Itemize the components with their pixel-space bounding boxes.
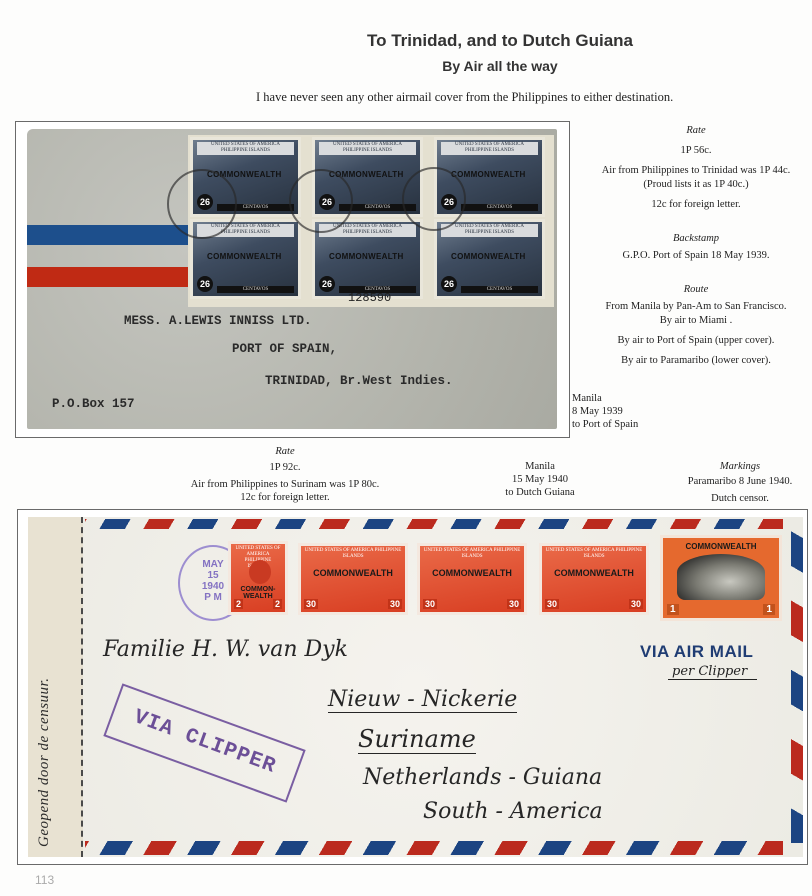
- lower-cover-envelope: Geopend door de censuur. MAY 15 1940 P M…: [28, 517, 803, 857]
- upper-cover-caption: Manila 8 May 1939 to Port of Spain: [572, 392, 638, 431]
- airmail-border-top: [85, 519, 783, 529]
- upper-cover-envelope: UNITED STATES OF AMERICAPHILIPPINE ISLAN…: [27, 129, 557, 429]
- manila-postmark: [402, 167, 466, 231]
- lower-rate-notes: Rate 1P 92c. Air from Philippines to Sur…: [180, 445, 390, 504]
- backstamp-line: G.P.O. Port of Spain 18 May 1939.: [580, 249, 812, 263]
- stamp-26c: UNITED STATES OF AMERICAPHILIPPINE ISLAN…: [434, 219, 545, 299]
- markings-line: Paramaribo 8 June 1940.: [670, 475, 810, 488]
- lower-cover-frame: Geopend door de censuur. MAY 15 1940 P M…: [17, 509, 808, 865]
- upper-cover-frame: UNITED STATES OF AMERICAPHILIPPINE ISLAN…: [15, 121, 570, 438]
- rate-line: Air from Philippines to Surinam was 1P 8…: [180, 478, 390, 491]
- page-header: To Trinidad, and to Dutch Guiana By Air …: [250, 30, 750, 75]
- stamp-30c: UNITED STATES OF AMERICA PHILIPPINE ISLA…: [298, 543, 408, 615]
- upper-cover-notes: Rate 1P 56c. Air from Philippines to Tri…: [580, 124, 812, 368]
- markings-line: Dutch censor.: [670, 492, 810, 505]
- rate-line: 12c for foreign letter.: [580, 198, 812, 212]
- address-line: P.O.Box 157: [52, 397, 135, 411]
- airmail-border-bottom: [85, 841, 783, 855]
- handwritten-address-line: Nieuw - Nickerie: [328, 687, 517, 713]
- lower-cover-caption: Manila 15 May 1940 to Dutch Guiana: [490, 460, 590, 499]
- stamp-2c: UNITED STATES OF AMERICA PHILIPPINE ISLA…: [228, 541, 288, 615]
- route-line: By air to Paramaribo (lower cover).: [580, 354, 812, 368]
- rate-line: (Proud lists it as 1P 40c.): [580, 178, 812, 192]
- plate-number: 128590: [348, 291, 391, 305]
- page-subtitle: By Air all the way: [250, 57, 750, 75]
- stamp-30c: UNITED STATES OF AMERICA PHILIPPINE ISLA…: [539, 543, 649, 615]
- censor-text: Geopend door de censuur.: [36, 678, 53, 847]
- manila-postmark: [167, 169, 237, 239]
- stamp-1p: COMMONWEALTH 1 1: [660, 535, 782, 621]
- address-line: TRINIDAD, Br.West Indies.: [265, 374, 453, 388]
- route-heading: Route: [580, 283, 812, 297]
- route-line: From Manila by Pan-Am to San Francisco.: [580, 300, 812, 314]
- church-vignette: [677, 554, 765, 600]
- rate-line: 1P 92c.: [180, 461, 390, 474]
- address-line: PORT OF SPAIN,: [232, 342, 337, 356]
- rate-line: Air from Philippines to Trinidad was 1P …: [580, 164, 812, 178]
- rate-line: 12c for foreign letter.: [180, 491, 390, 504]
- markings-heading: Markings: [670, 460, 810, 473]
- handwritten-address-line: South - America: [423, 799, 603, 824]
- manila-postmark: [289, 169, 353, 233]
- via-clipper-handstamp: VIA CLIPPER: [103, 683, 305, 802]
- per-clipper-handwriting: per Clipper: [668, 664, 757, 680]
- handwritten-address-line: Netherlands - Guiana: [363, 765, 602, 790]
- handwritten-address-line: Familie H. W. van Dyk: [103, 637, 348, 662]
- page-title: To Trinidad, and to Dutch Guiana: [250, 30, 750, 52]
- address-line: MESS. A.LEWIS INNISS LTD.: [124, 314, 312, 328]
- airmail-stripe-blue: [27, 225, 190, 245]
- backstamp-heading: Backstamp: [580, 232, 812, 246]
- airmail-stripe-red: [27, 267, 190, 287]
- route-line: By air to Port of Spain (upper cover).: [580, 334, 812, 348]
- intro-text: I have never seen any other airmail cove…: [256, 90, 673, 105]
- route-line: By air to Miami .: [580, 314, 812, 328]
- censor-tape: Geopend door de censuur.: [28, 517, 83, 857]
- airmail-border-right: [791, 527, 803, 843]
- rate-heading: Rate: [180, 445, 390, 458]
- lower-markings-notes: Markings Paramaribo 8 June 1940. Dutch c…: [670, 460, 810, 505]
- rate-line: 1P 56c.: [580, 144, 812, 158]
- rate-heading: Rate: [580, 124, 812, 138]
- page-number: 113: [35, 873, 54, 887]
- via-airmail-label: VIA AIR MAIL: [640, 642, 753, 662]
- handwritten-address-line: Suriname: [358, 725, 476, 754]
- stamp-plate-block: UNITED STATES OF AMERICAPHILIPPINE ISLAN…: [188, 135, 554, 307]
- stamp-30c: UNITED STATES OF AMERICA PHILIPPINE ISLA…: [417, 543, 527, 615]
